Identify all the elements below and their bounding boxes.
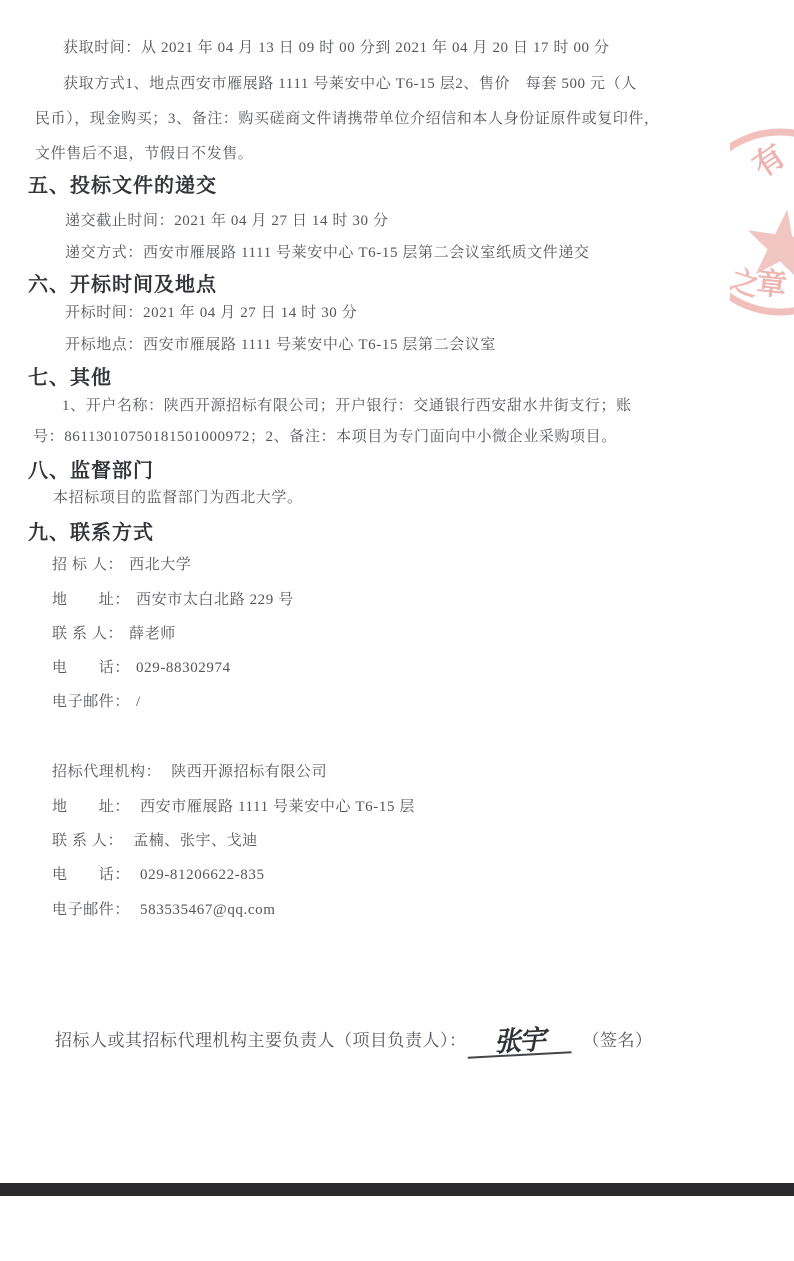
agency-phone-row: 电 话：029-81206622-835 <box>52 863 265 884</box>
tenderer-email-label: 电子邮件： <box>52 694 130 710</box>
agency-address-value: 西安市雁展路 1111 号莱安中心 T6-15 层 <box>140 799 415 815</box>
bank-account-line-2: 号：86113010750181501000972；2、备注：本项目为专门面向中… <box>33 425 617 446</box>
signature-prefix: 招标人或其招标代理机构主要负责人（项目负责人）： <box>55 1031 467 1050</box>
tenderer-label: 招 标 人： <box>52 557 123 573</box>
agency-row: 招标代理机构：陕西开源招标有限公司 <box>52 760 327 781</box>
agency-address-row: 地 址：西安市雁展路 1111 号莱安中心 T6-15 层 <box>52 795 415 816</box>
seal-bottom-char-1: 之 <box>730 262 764 303</box>
section-5-heading: 五、投标文件的递交 <box>28 169 217 198</box>
star-icon <box>742 204 794 282</box>
section-7-heading: 七、其他 <box>28 361 112 390</box>
agency-phone-label: 电 话： <box>52 867 130 883</box>
section-6-heading: 六、开标时间及地点 <box>28 268 217 297</box>
agency-phone-value: 029-81206622-835 <box>140 867 265 883</box>
agency-contact-person-value: 孟楠、张宇、戈迪 <box>133 833 258 849</box>
scanned-tender-document-page: 获取时间：从 2021 年 04 月 13 日 09 时 00 分到 2021 … <box>0 0 794 1261</box>
agency-contact-person-label: 联 系 人： <box>52 833 123 849</box>
supervision-department-line: 本招标项目的监督部门为西北大学。 <box>53 486 303 507</box>
red-seal-stamp: 有 之 章 <box>730 116 794 342</box>
tenderer-contact-person-row: 联 系 人：薛老师 <box>52 622 176 643</box>
tenderer-address-value: 西安市太白北路 229 号 <box>136 592 294 608</box>
agency-value: 陕西开源招标有限公司 <box>171 764 327 780</box>
agency-email-row: 电子邮件：583535467@qq.com <box>52 898 276 919</box>
tenderer-address-label: 地 址： <box>52 592 130 608</box>
section-8-heading: 八、监督部门 <box>28 454 154 483</box>
agency-email-value: 583535467@qq.com <box>140 902 276 918</box>
tenderer-phone-row: 电 话：029-88302974 <box>52 656 231 677</box>
tenderer-row: 招 标 人：西北大学 <box>52 553 192 574</box>
acquisition-method-line-2: 民币），现金购买；3、备注：购买磋商文件请携带单位介绍信和本人身份证原件或复印件… <box>35 107 660 128</box>
tenderer-email-value: / <box>136 694 141 710</box>
bid-opening-place-line: 开标地点：西安市雁展路 1111 号莱安中心 T6-15 层第二会议室 <box>65 333 496 354</box>
seal-top-char: 有 <box>746 138 792 185</box>
bank-account-line-1: 1、开户名称：陕西开源招标有限公司；开户银行：交通银行西安甜水井街支行；账 <box>62 394 632 415</box>
tenderer-contact-person-value: 薛老师 <box>129 626 176 642</box>
acquisition-method-line-1: 获取方式1、地点西安市雁展路 1111 号莱安中心 T6-15 层2、售价 每套… <box>63 72 637 93</box>
acquisition-method-line-3: 文件售后不退，节假日不发售。 <box>35 142 253 163</box>
submission-deadline-line: 递交截止时间：2021 年 04 月 27 日 14 时 30 分 <box>65 209 389 230</box>
submission-method-line: 递交方式：西安市雁展路 1111 号莱安中心 T6-15 层第二会议室纸质文件递… <box>65 241 590 262</box>
tenderer-contact-person-label: 联 系 人： <box>52 626 123 642</box>
signature-row: 招标人或其招标代理机构主要负责人（项目负责人）：张宇（签名） <box>55 1026 653 1056</box>
tenderer-value: 西北大学 <box>129 557 191 573</box>
signature-suffix: （签名） <box>583 1031 653 1050</box>
handwritten-signature: 张宇 <box>466 1026 571 1059</box>
section-9-heading: 九、联系方式 <box>28 516 154 545</box>
scan-artifact-bar <box>0 1183 794 1196</box>
bid-opening-time-line: 开标时间：2021 年 04 月 27 日 14 时 30 分 <box>65 301 357 322</box>
tenderer-phone-value: 029-88302974 <box>136 660 231 676</box>
agency-address-label: 地 址： <box>52 799 130 815</box>
seal-bottom-char-2: 章 <box>755 266 788 304</box>
tenderer-address-row: 地 址：西安市太白北路 229 号 <box>52 588 294 609</box>
agency-contact-person-row: 联 系 人：孟楠、张宇、戈迪 <box>52 829 258 850</box>
tenderer-email-row: 电子邮件：/ <box>52 690 141 711</box>
agency-label: 招标代理机构： <box>52 764 161 780</box>
seal-ring <box>730 132 794 312</box>
agency-email-label: 电子邮件： <box>52 902 130 918</box>
tenderer-phone-label: 电 话： <box>52 660 130 676</box>
acquisition-time-line: 获取时间：从 2021 年 04 月 13 日 09 时 00 分到 2021 … <box>63 36 610 57</box>
